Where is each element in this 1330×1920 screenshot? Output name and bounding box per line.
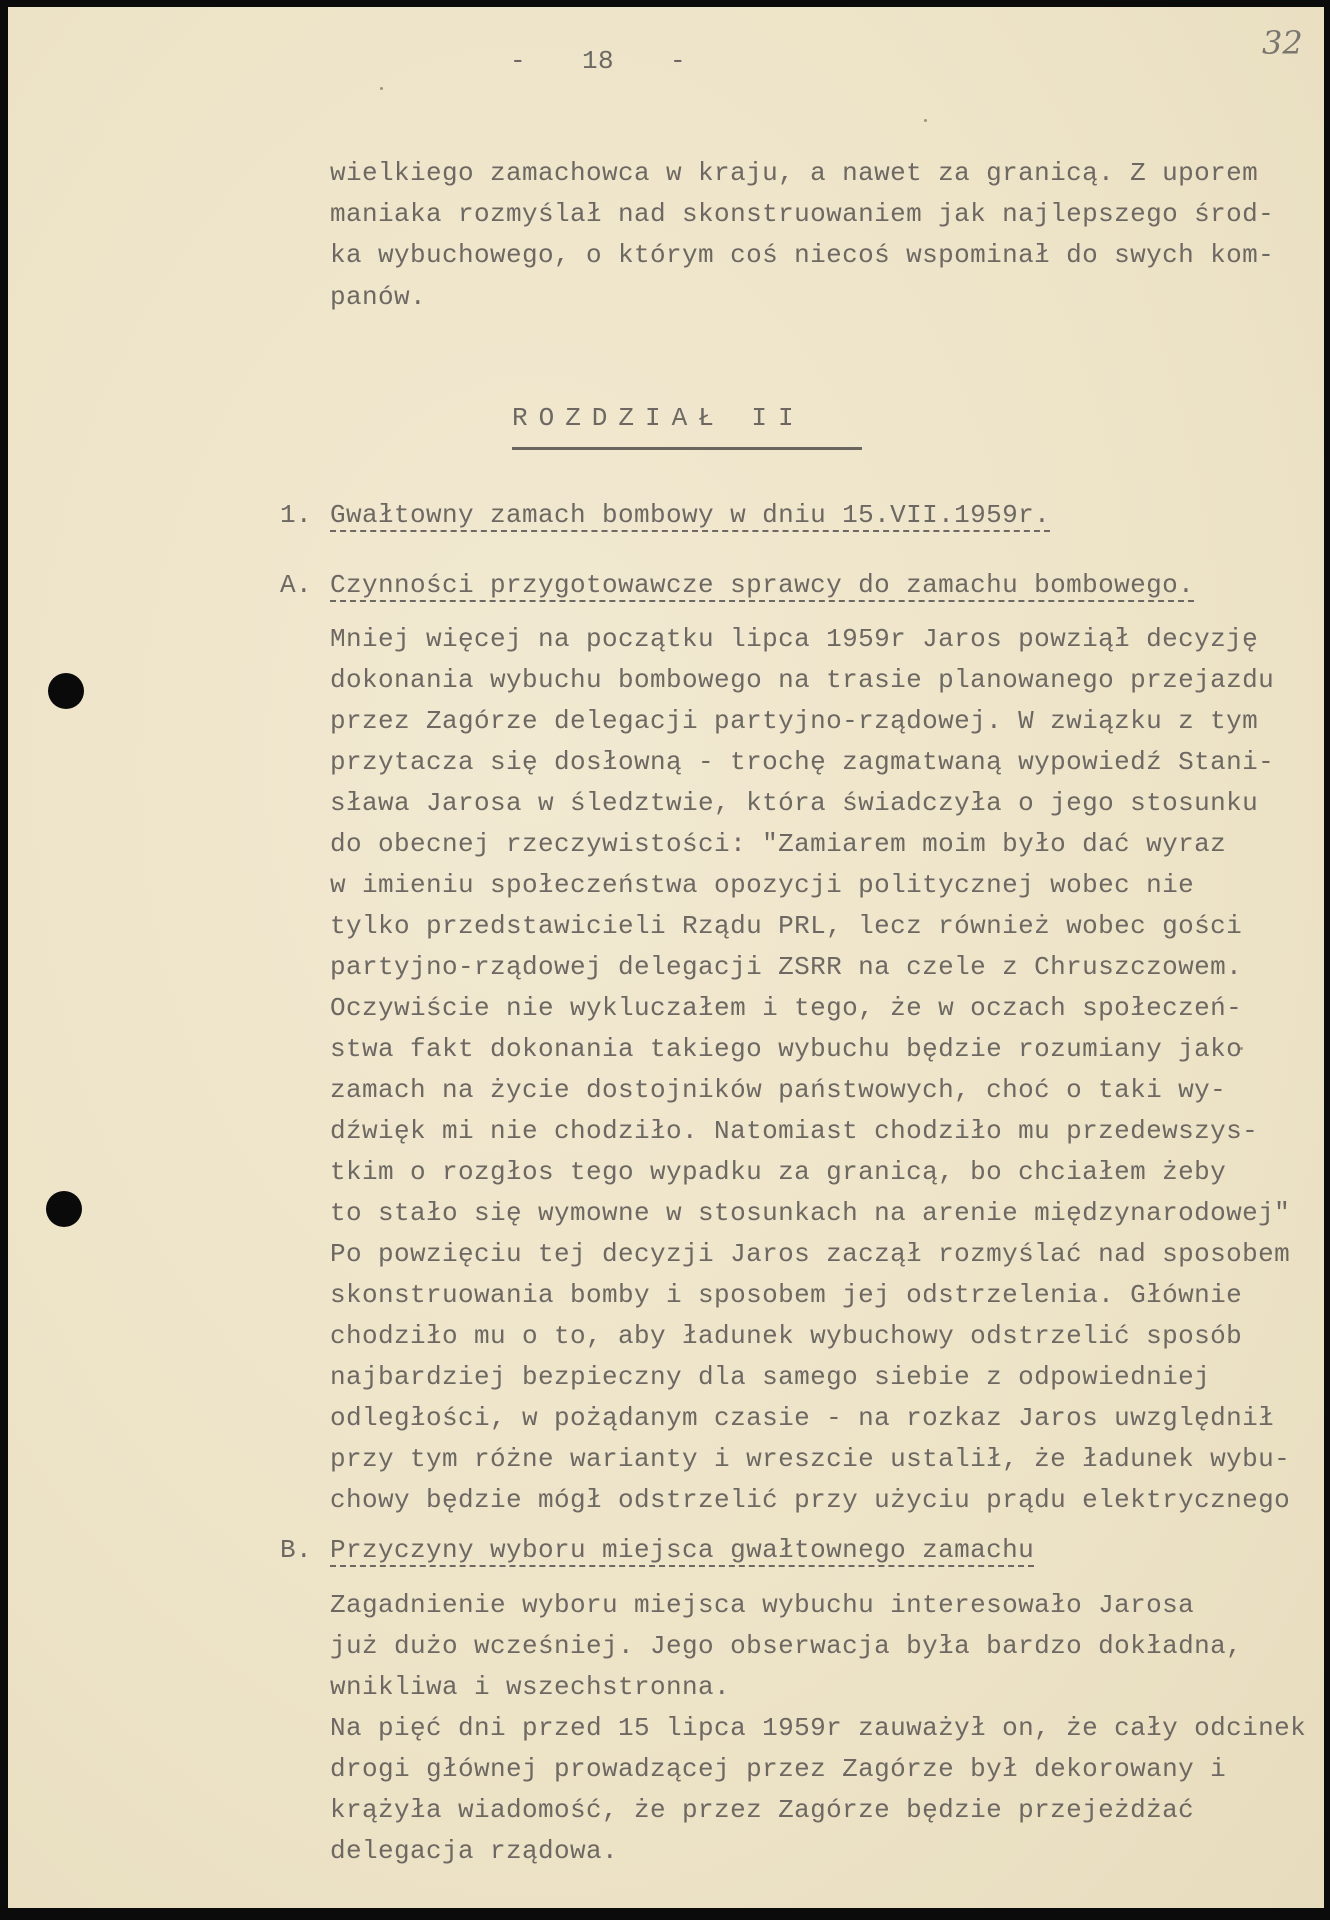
section-a-line: Mniej więcej na początku lipca 1959r Jar…: [330, 624, 1258, 654]
paper-speck: [380, 87, 383, 90]
section-a-line: tylko przedstawicieli Rządu PRL, lecz ró…: [330, 911, 1242, 941]
section-a-line: do obecnej rzeczywistości: "Zamiarem moi…: [330, 829, 1226, 859]
section-b-line: już dużo wcześniej. Jego obserwacja była…: [330, 1631, 1242, 1661]
section-b-line: krążyła wiadomość, że przez Zagórze będz…: [330, 1795, 1194, 1825]
section-a-line: przy tym różne warianty i wreszcie ustal…: [330, 1444, 1290, 1474]
intro-line: wielkiego zamachowca w kraju, a nawet za…: [330, 158, 1258, 188]
chapter-underline: [512, 447, 862, 450]
section-a-line: dokonania wybuchu bombowego na trasie pl…: [330, 665, 1274, 695]
section-b-line: Na pięć dni przed 15 lipca 1959r zauważy…: [330, 1713, 1306, 1743]
section-a-line: tkim o rozgłos tego wypadku za granicą, …: [330, 1157, 1226, 1187]
section-a-line: sława Jarosa w śledztwie, która świadczy…: [330, 788, 1258, 818]
section-a-line: zamach na życie dostojników państwowych,…: [330, 1075, 1226, 1105]
section-b-line: drogi głównej prowadzącej przez Zagórze …: [330, 1754, 1226, 1784]
archive-number: 32: [1262, 24, 1303, 62]
section-b-line: delegacja rządowa.: [330, 1836, 618, 1866]
section-a-line: partyjno-rządowej delegacji ZSRR na czel…: [330, 952, 1242, 982]
section-a-line: przez Zagórze delegacji partyjno-rządowe…: [330, 706, 1258, 736]
section-1-title: Gwałtowny zamach bombowy w dniu 15.VII.1…: [330, 500, 1050, 530]
section-a-title: Czynności przygotowawcze sprawcy do zama…: [330, 570, 1194, 600]
intro-line: maniaka rozmyślał nad skonstruowaniem ja…: [330, 199, 1274, 229]
section-a-line: Oczywiście nie wykluczałem i tego, że w …: [330, 993, 1242, 1023]
paper-speck: [924, 119, 927, 122]
section-a-line: odległości, w pożądanym czasie - na rozk…: [330, 1403, 1274, 1433]
section-b-line: wnikliwa i wszechstronna.: [330, 1672, 730, 1702]
chapter-title: ROZDZIAŁ II: [512, 403, 805, 433]
section-a-line: przytacza się dosłowną - trochę zagmatwa…: [330, 747, 1274, 777]
section-a-line: stwa fakt dokonania takiego wybuchu będz…: [330, 1034, 1242, 1064]
section-a-line: Po powzięciu tej decyzji Jaros zaczął ro…: [330, 1239, 1290, 1269]
section-a-line: najbardziej bezpieczny dla samego siebie…: [330, 1362, 1210, 1392]
section-a-line: to stało się wymowne w stosunkach na are…: [330, 1198, 1290, 1228]
intro-line: ka wybuchowego, o którym coś niecoś wspo…: [330, 240, 1274, 270]
section-a-line: chowy będzie mógł odstrzelić przy użyciu…: [330, 1485, 1290, 1515]
punch-hole-top: [48, 673, 84, 709]
section-b-letter: B.: [280, 1535, 312, 1565]
page-number: - 18 -: [510, 46, 686, 76]
section-1-number: 1.: [280, 500, 312, 530]
section-a-line: dźwięk mi nie chodziło. Natomiast chodzi…: [330, 1116, 1258, 1146]
section-b-title: Przyczyny wyboru miejsca gwałtownego zam…: [330, 1535, 1034, 1565]
intro-line: panów.: [330, 282, 426, 312]
section-a-letter: A.: [280, 570, 312, 600]
section-a-line: chodziło mu o to, aby ładunek wybuchowy …: [330, 1321, 1242, 1351]
section-a-line: skonstruowania bomby i sposobem jej odst…: [330, 1280, 1242, 1310]
section-b-line: Zagadnienie wyboru miejsca wybuchu inter…: [330, 1590, 1194, 1620]
punch-hole-bottom: [46, 1191, 82, 1227]
section-a-line: w imieniu społeczeństwa opozycji polityc…: [330, 870, 1194, 900]
